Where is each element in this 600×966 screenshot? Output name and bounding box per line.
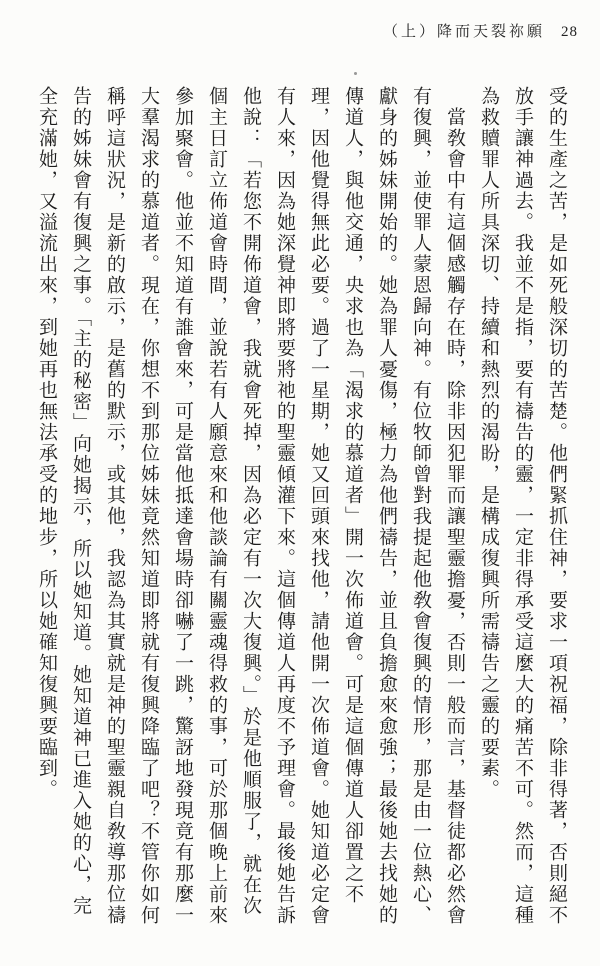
- paragraph: 當敎會中有這個感觸存在時，除非因犯罪而讓聖靈擔憂，否則一般而言，基督徒都必然會有…: [29, 86, 471, 930]
- book-page: （上）降而天裂祢願 28 受的生產之苦，是如死般深切的苦楚。他們緊抓住神，要求一…: [0, 0, 600, 966]
- book-title: （上）降而天裂祢願: [383, 20, 545, 41]
- running-head: （上）降而天裂祢願 28: [383, 20, 578, 41]
- vertical-text-block: 受的生產之苦，是如死般深切的苦楚。他們緊抓住神，要求一項祝福，除非得著，否則絕不…: [27, 86, 573, 930]
- scan-speck: [354, 72, 357, 75]
- paragraph: 受的生產之苦，是如死般深切的苦楚。他們緊抓住神，要求一項祝福，除非得著，否則絕不…: [471, 86, 573, 930]
- page-number: 28: [561, 24, 578, 41]
